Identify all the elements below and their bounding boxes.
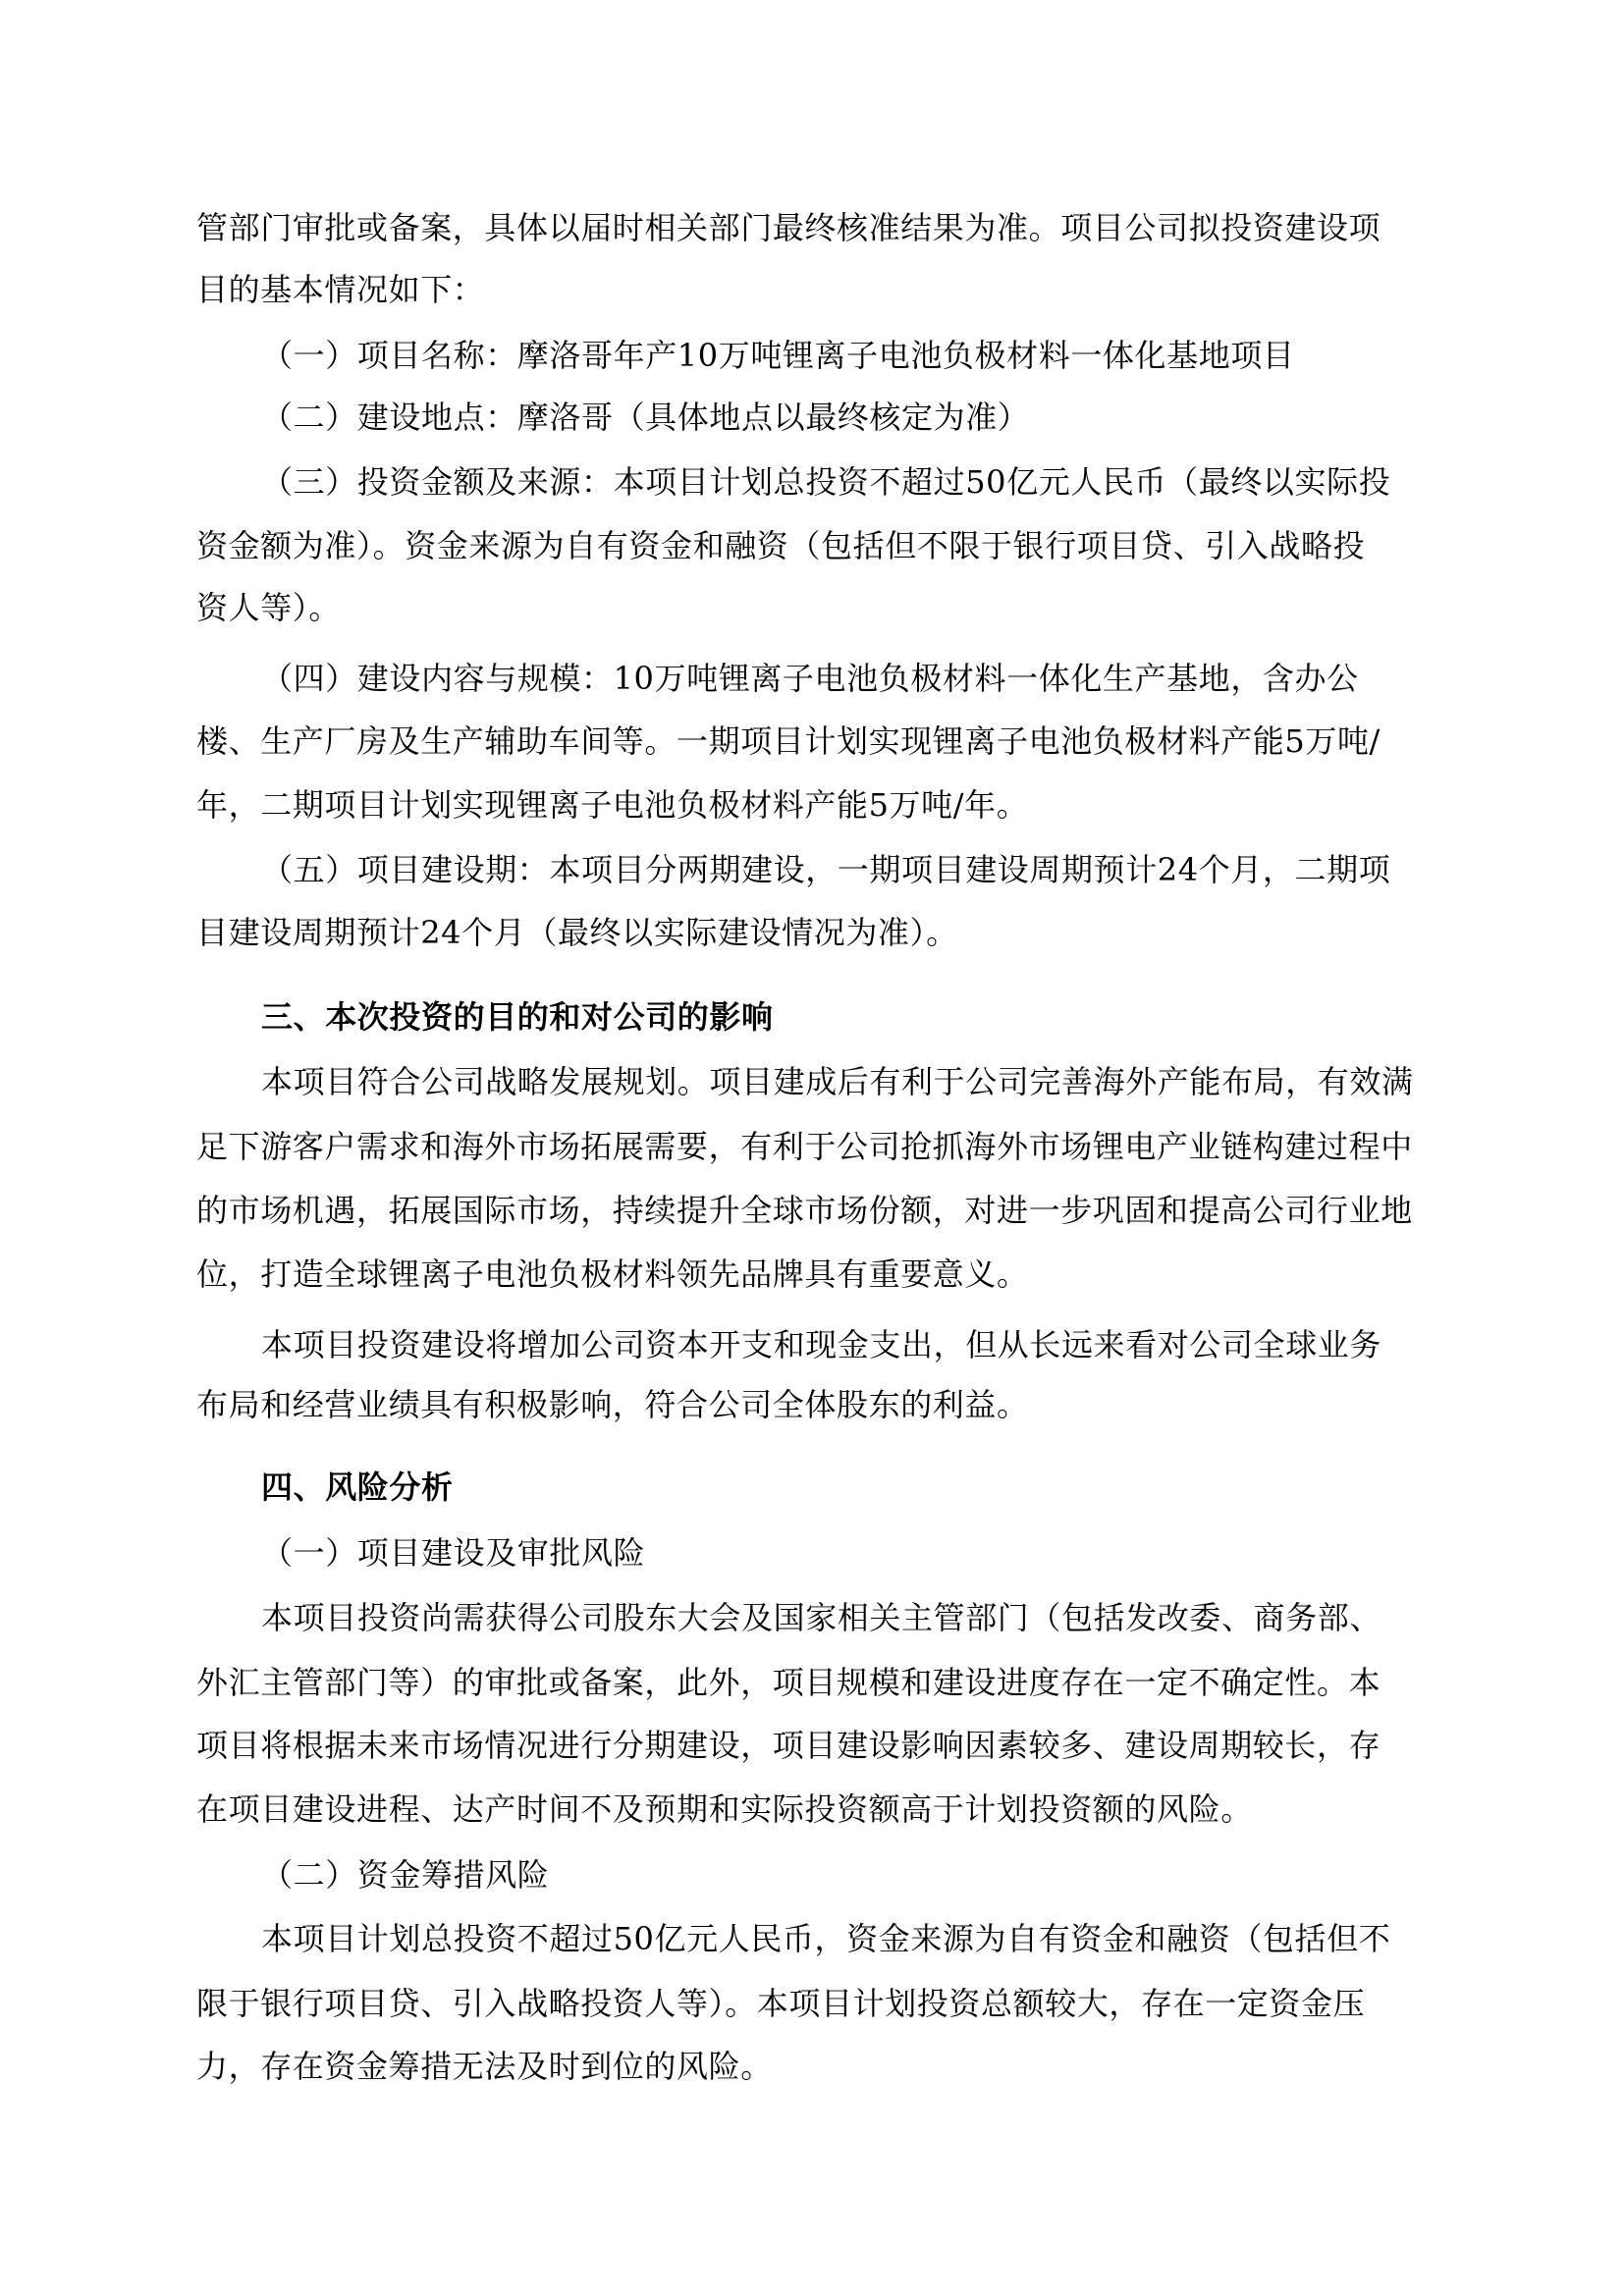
project-item-scale-line-1: （四）建设内容与规模：10万吨锂离子电池负极材料一体化生产基地，含办公 bbox=[261, 659, 1359, 698]
risk-1-line-2: 外汇主管部门等）的审批或备案，此外，项目规模和建设进度存在一定不确定性。本 bbox=[196, 1663, 1380, 1702]
risk-1-line-3: 项目将根据未来市场情况进行分期建设，项目建设影响因素较多、建设周期较长，存 bbox=[196, 1726, 1380, 1765]
project-item-scale-line-3: 年，二期项目计划实现锂离子电池负极材料产能5万吨/年。 bbox=[196, 785, 1028, 825]
risk-1-line-1: 本项目投资尚需获得公司股东大会及国家相关主管部门（包括发改委、商务部、 bbox=[261, 1598, 1381, 1637]
section-3-para-2-line-2: 布局和经营业绩具有积极影响，符合公司全体股东的利益。 bbox=[196, 1385, 1029, 1424]
project-item-period-line-2: 目建设周期预计24个月（最终以实际建设情况为准）。 bbox=[196, 913, 958, 952]
risk-subsection-1-title: （一）项目建设及审批风险 bbox=[261, 1533, 645, 1573]
project-item-name: （一）项目名称：摩洛哥年产10万吨锂离子电池负极材料一体化基地项目 bbox=[261, 336, 1295, 375]
project-item-scale-line-2: 楼、生产厂房及生产辅助车间等。一期项目计划实现锂离子电池负极材料产能5万吨/ bbox=[196, 721, 1380, 761]
risk-1-line-4: 在项目建设进程、达产时间不及预期和实际投资额高于计划投资额的风险。 bbox=[196, 1789, 1253, 1829]
section-3-para-1-line-1: 本项目符合公司战略发展规划。项目建成后有利于公司完善海外产能布局，有效满 bbox=[261, 1062, 1414, 1101]
risk-2-line-1: 本项目计划总投资不超过50亿元人民币，资金来源为自有资金和融资（包括但不 bbox=[261, 1919, 1390, 1958]
project-item-investment-line-1: （三）投资金额及来源：本项目计划总投资不超过50亿元人民币（最终以实际投 bbox=[261, 462, 1390, 502]
risk-subsection-2-title: （二）资金筹措风险 bbox=[261, 1855, 549, 1895]
risk-2-line-2: 限于银行项目贷、引入战略投资人等）。本项目计划投资总额较大，存在一定资金压 bbox=[196, 1984, 1365, 2023]
section-3-para-1-line-4: 位，打造全球锂离子电池负极材料领先品牌具有重要意义。 bbox=[196, 1255, 1029, 1294]
intro-line-2: 目的基本情况如下： bbox=[196, 270, 484, 309]
section-3-para-1-line-3: 的市场机遇，拓展国际市场，持续提升全球市场份额，对进一步巩固和提高公司行业地 bbox=[196, 1191, 1413, 1230]
section-3-para-2-line-1: 本项目投资建设将增加公司资本开支和现金支出，但从长远来看对公司全球业务 bbox=[261, 1325, 1381, 1364]
section-4-heading: 四、风险分析 bbox=[261, 1468, 454, 1507]
section-3-heading: 三、本次投资的目的和对公司的影响 bbox=[261, 997, 774, 1037]
intro-line-1: 管部门审批或备案，具体以届时相关部门最终核准结果为准。项目公司拟投资建设项 bbox=[196, 208, 1380, 247]
project-item-investment-line-2: 资金额为准）。资金来源为自有资金和融资（包括但不限于银行项目贷、引入战略投 bbox=[196, 526, 1365, 565]
risk-2-line-3: 力，存在资金筹措无法及时到位的风险。 bbox=[196, 2047, 773, 2086]
section-3-para-1-line-2: 足下游客户需求和海外市场拓展需要，有利于公司抢抓海外市场锂电产业链构建过程中 bbox=[196, 1127, 1413, 1166]
project-item-location: （二）建设地点：摩洛哥（具体地点以最终核定为准） bbox=[261, 398, 1029, 437]
project-item-investment-line-3: 资人等）。 bbox=[196, 588, 341, 627]
project-item-period-line-1: （五）项目建设期：本项目分两期建设，一期项目建设周期预计24个月，二期项 bbox=[261, 850, 1390, 889]
